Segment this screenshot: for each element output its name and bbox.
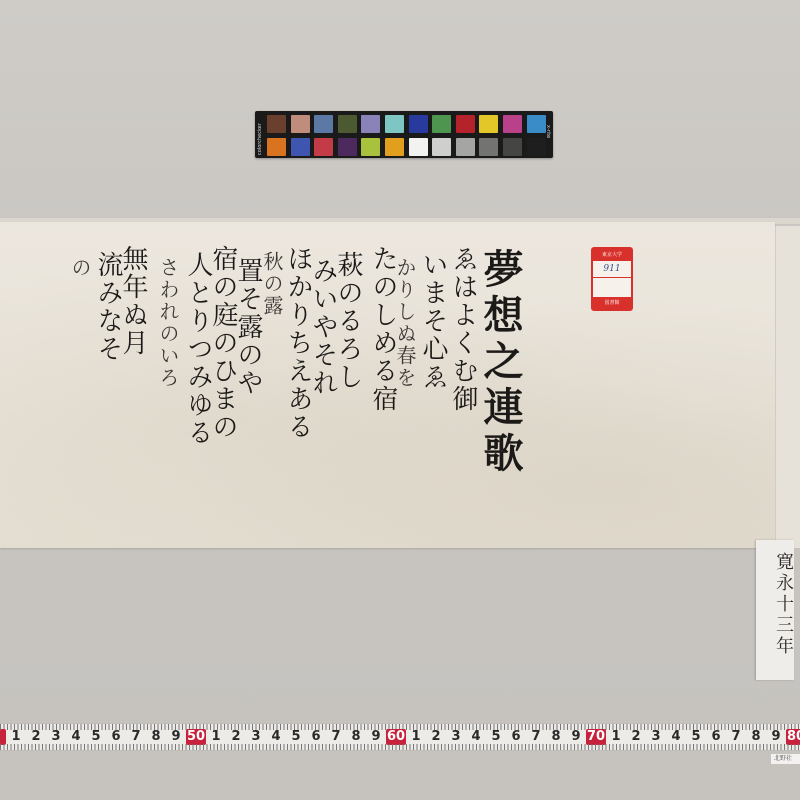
- ruler-number: 4: [66, 729, 86, 745]
- color-swatch-grid: [267, 115, 546, 156]
- ruler-number: 4: [466, 729, 486, 745]
- ruler-number: 2: [626, 729, 646, 745]
- color-swatch: [385, 115, 404, 133]
- date-tag-text: 寛永十三年: [770, 552, 796, 657]
- ruler-number: 70: [586, 729, 606, 745]
- calligraphy-column: みいやそれ: [310, 257, 336, 397]
- calligraphy-column: さわれのいろ: [158, 257, 178, 389]
- calligraphy-column: ほかりちえある: [285, 245, 311, 441]
- ruler-number: 3: [46, 729, 66, 745]
- ruler-number: 9: [766, 729, 786, 745]
- ruler-number: 80: [786, 729, 800, 745]
- ruler-number: 8: [146, 729, 166, 745]
- scroll-title-column: 夢想之連歌: [480, 248, 520, 478]
- scroll-rolled-edge: [775, 226, 800, 548]
- ruler-number: 5: [486, 729, 506, 745]
- color-swatch: [338, 138, 357, 156]
- ruler-number: 5: [686, 729, 706, 745]
- calligraphy-column: 人とりつみゆる: [185, 251, 211, 447]
- color-swatch: [456, 138, 475, 156]
- ruler-number: 2: [26, 729, 46, 745]
- ruler-number: 3: [446, 729, 466, 745]
- color-swatch: [338, 115, 357, 133]
- ruler-number: 4: [666, 729, 686, 745]
- calligraphy-column: の: [70, 257, 90, 279]
- library-label-number: 911: [593, 261, 631, 278]
- calligraphy-column: 無年ぬ月: [120, 245, 146, 357]
- calligraphy-column: 流みなそ: [95, 251, 121, 363]
- color-checker-card: colorchecker x-rite: [255, 111, 553, 158]
- ruler-number: 7: [526, 729, 546, 745]
- ruler-number: 6: [106, 729, 126, 745]
- calligraphy-column: いまそ心ゑ: [420, 251, 446, 391]
- calligraphy-column: ゑはよくむ御: [450, 245, 476, 413]
- calligraphy-column: 萩のるろし: [335, 251, 361, 391]
- ruler-number: 50: [186, 729, 206, 745]
- ruler-number: 1: [6, 729, 26, 745]
- ruler-number: 6: [306, 729, 326, 745]
- calligraphy-column: 秋の露: [262, 251, 282, 317]
- calligraphy-column: 置そ露のや: [235, 257, 261, 397]
- ruler-ticks-bottom: [0, 744, 800, 750]
- credit-label: 北野社: [771, 754, 800, 764]
- ruler-number: 8: [746, 729, 766, 745]
- color-swatch: [456, 115, 475, 133]
- color-swatch: [361, 115, 380, 133]
- color-swatch: [479, 115, 498, 133]
- ruler-number: 9: [566, 729, 586, 745]
- ruler-number: 3: [246, 729, 266, 745]
- color-swatch: [314, 138, 333, 156]
- ruler-number: 6: [506, 729, 526, 745]
- xrite-label: x-rite: [543, 125, 551, 145]
- color-swatch: [503, 115, 522, 133]
- color-swatch: [314, 115, 333, 133]
- ruler-number: 5: [86, 729, 106, 745]
- ruler-numbers: 1234567895012345678960123456789701234567…: [0, 729, 800, 745]
- ruler-number: 1: [206, 729, 226, 745]
- calligraphy-column: 宿の庭のひまの: [210, 245, 236, 441]
- library-label-top: 東京大学: [593, 249, 631, 261]
- color-swatch: [409, 115, 428, 133]
- date-tag: 寛永十三年: [756, 540, 794, 680]
- measuring-ruler: 1234567895012345678960123456789701234567…: [0, 723, 800, 751]
- checker-brand-label: colorchecker: [257, 115, 265, 155]
- color-swatch: [291, 138, 310, 156]
- color-swatch: [385, 138, 404, 156]
- ruler-number: 1: [606, 729, 626, 745]
- color-swatch: [432, 115, 451, 133]
- color-swatch: [432, 138, 451, 156]
- ruler-number: 2: [426, 729, 446, 745]
- color-swatch: [267, 115, 286, 133]
- ruler-number: 8: [346, 729, 366, 745]
- ruler-number: 8: [546, 729, 566, 745]
- color-swatch: [291, 115, 310, 133]
- ruler-number: 9: [166, 729, 186, 745]
- ruler-number: 7: [126, 729, 146, 745]
- ruler-number: 3: [646, 729, 666, 745]
- ruler-number: 2: [226, 729, 246, 745]
- color-swatch: [479, 138, 498, 156]
- ruler-number: 7: [326, 729, 346, 745]
- ruler-number: 7: [726, 729, 746, 745]
- calligraphy-column: たのしめる宿: [370, 245, 396, 413]
- color-swatch: [409, 138, 428, 156]
- color-swatch: [503, 138, 522, 156]
- color-swatch: [361, 138, 380, 156]
- calligraphy-column: かりしぬ春を: [395, 257, 415, 389]
- library-label: 東京大学 911 図書館: [591, 247, 633, 311]
- ruler-number: 4: [266, 729, 286, 745]
- ruler-number: 1: [406, 729, 426, 745]
- library-label-bottom: 図書館: [593, 297, 631, 309]
- color-swatch: [267, 138, 286, 156]
- ruler-number: 9: [366, 729, 386, 745]
- ruler-number: 60: [386, 729, 406, 745]
- ruler-number: 5: [286, 729, 306, 745]
- ruler-number: 6: [706, 729, 726, 745]
